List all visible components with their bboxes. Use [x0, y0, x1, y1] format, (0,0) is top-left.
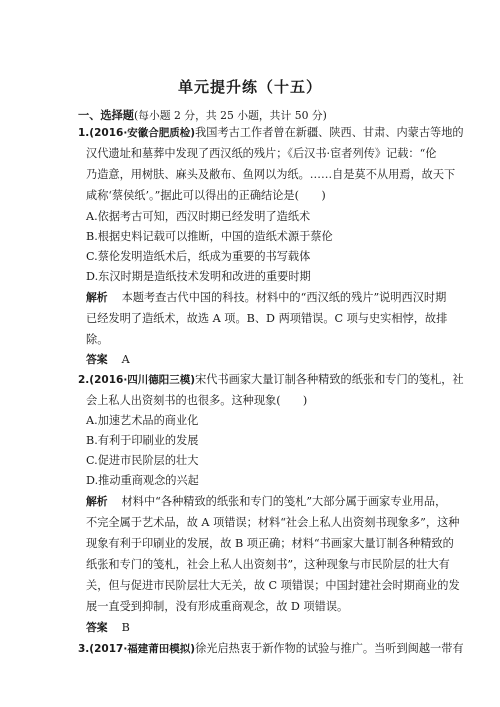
analysis-label: 解析: [86, 291, 108, 304]
question-2-number-source: 2.(2016·四川德阳三模): [78, 374, 195, 386]
question-1-stem-line: 乃造意，用树肤、麻头及敝布、鱼网以为纸。……自是莫不从用焉，故天下: [86, 167, 455, 183]
question-2-option-c: C.促进市民阶层的壮大: [86, 453, 198, 469]
answer-label: 答案: [86, 353, 108, 366]
question-2-analysis-line: 展一直受到抑制，没有形成重商观念，故 D 项错误。: [86, 599, 348, 615]
question-1-answer: 答案A: [86, 352, 130, 368]
question-2-analysis-line: 关，但与促进市民阶层壮大无关，故 C 项错误；中国封建社会时期商业的发: [86, 578, 460, 594]
question-2-stem-line: 会上私人出资刻书的也很多。这种现象( ): [86, 393, 307, 409]
page-title: 单元提升练（十五）: [0, 76, 500, 97]
question-1-analysis: 解析本题考查古代中国的科技。材料中的“西汉纸的残片”说明西汉时期: [86, 290, 446, 306]
answer-value: B: [122, 621, 130, 634]
question-1-option-b: B.根据史料记载可以推断，中国的造纸术源于蔡伦: [86, 229, 333, 245]
section-heading: 一、选择题(每小题 2 分，共 25 小题，共计 50 分): [78, 107, 327, 124]
question-2-option-d: D.推动重商观念的兴起: [86, 473, 199, 489]
question-1-analysis-line: 除。: [86, 332, 108, 348]
question-1-option-c: C.蔡伦发明造纸术后，纸成为重要的书写载体: [86, 249, 310, 265]
question-3-number-source: 3.(2017·福建莆田模拟): [78, 643, 195, 655]
question-1-option-d: D.东汉时期是造纸技术发明和改进的重要时期: [86, 269, 311, 285]
question-3-stem-line: 3.(2017·福建莆田模拟)徐光启热衷于新作物的试验与推广。当听到闽越一带有: [78, 641, 464, 657]
question-1-stem-line: 1.(2016·安徽合肥质检)我国考古工作者曾在新疆、陕西、甘肃、内蒙古等地的: [78, 125, 464, 141]
question-2-analysis-line: 现象有利于印刷业的发展，故 B 项正确；材料“书画家大量订制各种精致的: [86, 536, 454, 552]
answer-value: A: [122, 353, 130, 366]
question-2-option-a: A.加速艺术品的商业化: [86, 413, 198, 429]
analysis-label: 解析: [86, 495, 108, 508]
question-2-option-b: B.有利于印刷业的发展: [86, 433, 198, 449]
question-2-analysis: 解析材料中“各种精致的纸张和专门的笺札”大部分属于画家专业用品，: [86, 494, 446, 510]
section-label: 一、选择题: [78, 108, 134, 122]
question-1-stem-line: 汉代遗址和墓葬中发现了西汉纸的残片；《后汉书·宦者列传》记载：“伦: [86, 146, 437, 162]
question-2-analysis-line: 纸张和专门的笺札，社会上私人出资刻书”，这种现象与市民阶层的壮大有: [86, 557, 450, 573]
question-1-number-source: 1.(2016·安徽合肥质检): [78, 127, 195, 139]
question-1-option-a: A.依据考古可知，西汉时期已经发明了造纸术: [86, 209, 310, 225]
question-2-stem-line: 2.(2016·四川德阳三模)宋代书画家大量订制各种精致的纸张和专门的笺札，社: [78, 372, 464, 388]
answer-label: 答案: [86, 621, 108, 634]
question-1-analysis-line: 已经发明了造纸术，故选 A 项。B、D 两项错误。C 项与史实相悖，故排: [86, 311, 447, 327]
question-1-stem-line: 咸称‘蔡侯纸’。”据此可以得出的正确结论是( ): [86, 188, 326, 204]
question-2-analysis-line: 不完全属于艺术品，故 A 项错误；材料“社会上私人出资刻书现象多”，这种: [86, 515, 459, 531]
question-2-answer: 答案B: [86, 620, 130, 636]
section-note: (每小题 2 分，共 25 小题，共计 50 分): [134, 109, 327, 122]
